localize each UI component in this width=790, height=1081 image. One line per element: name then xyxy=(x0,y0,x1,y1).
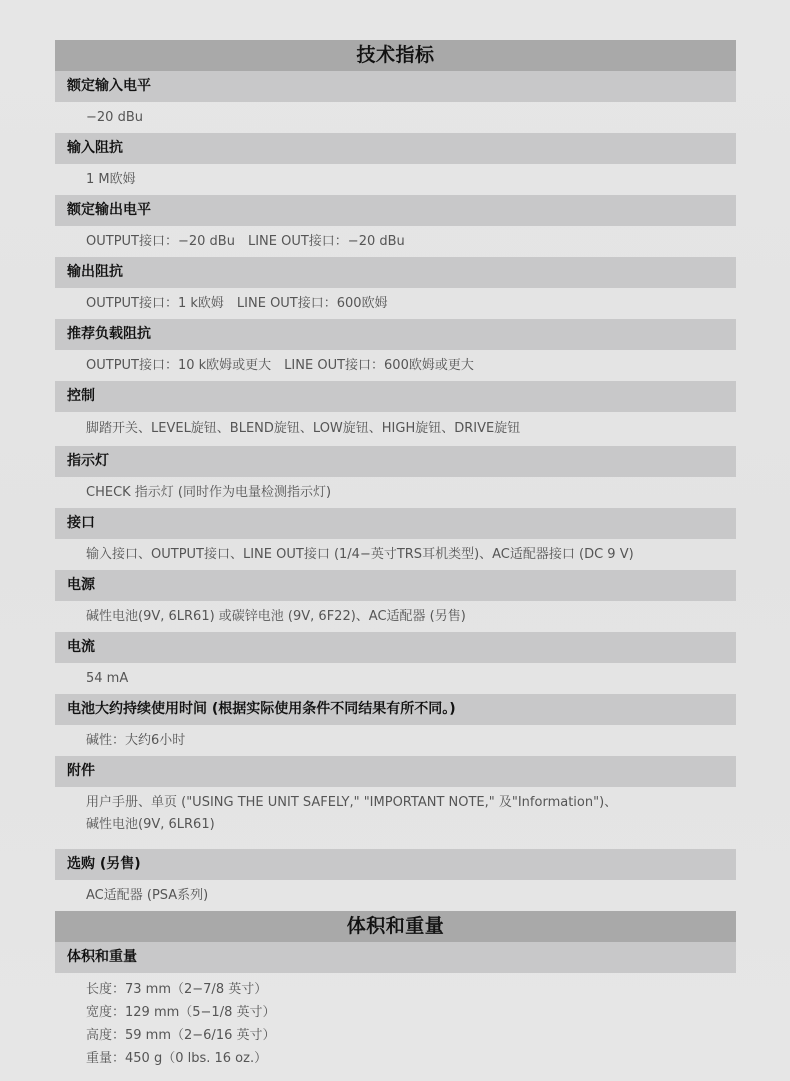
weight: 重量：450 g（0 lbs. 16 oz.） xyxy=(86,1047,736,1070)
spec-label-accessories: 附件 xyxy=(55,756,736,787)
spec-value-battery-life: 碱性：大约6小时 xyxy=(55,725,736,756)
spec-label-connectors: 接口 xyxy=(55,508,736,539)
spec-panel: 技术指标 额定输入电平 −20 dBu 输入阻抗 1 M欧姆 额定输出电平 OU… xyxy=(55,40,736,1070)
spec-value-input-impedance: 1 M欧姆 xyxy=(55,164,736,195)
spec-value-power-supply: 碱性电池(9V, 6LR61) 或碳锌电池 (9V, 6F22)、AC适配器 (… xyxy=(55,601,736,632)
accessories-line-2: 碱性电池(9V, 6LR61) xyxy=(86,814,736,836)
spec-label-output-impedance: 输出阻抗 xyxy=(55,257,736,288)
dimension-width: 宽度：129 mm（5−1/8 英寸） xyxy=(86,1001,736,1024)
spec-value-options: AC适配器 (PSA系列) xyxy=(55,880,736,911)
spec-value-recommended-load: OUTPUT接口：10 k欧姆或更大 LINE OUT接口：600欧姆或更大 xyxy=(55,350,736,381)
section-title-dimensions-weight: 体积和重量 xyxy=(55,911,736,942)
spec-label-controls: 控制 xyxy=(55,381,736,412)
spec-label-dimensions-weight: 体积和重量 xyxy=(55,942,736,973)
spec-value-current-draw: 54 mA xyxy=(55,663,736,694)
spec-label-current-draw: 电流 xyxy=(55,632,736,663)
spec-label-power-supply: 电源 xyxy=(55,570,736,601)
spec-label-rated-input-level: 额定输入电平 xyxy=(55,71,736,102)
spec-label-input-impedance: 输入阻抗 xyxy=(55,133,736,164)
dimension-length: 长度：73 mm（2−7/8 英寸） xyxy=(86,978,736,1001)
spec-label-battery-life: 电池大约持续使用时间 (根据实际使用条件不同结果有所不同。) xyxy=(55,694,736,725)
spec-label-indicator: 指示灯 xyxy=(55,446,736,477)
spec-label-options: 选购 (另售) xyxy=(55,849,736,880)
spec-value-rated-output-level: OUTPUT接口：−20 dBu LINE OUT接口：−20 dBu xyxy=(55,226,736,257)
spec-value-dimensions-weight: 长度：73 mm（2−7/8 英寸） 宽度：129 mm（5−1/8 英寸） 高… xyxy=(55,973,736,1070)
spec-value-accessories: 用户手册、单页 ("USING THE UNIT SAFELY," "IMPOR… xyxy=(55,787,736,849)
spec-value-rated-input-level: −20 dBu xyxy=(55,102,736,133)
section-title-specs: 技术指标 xyxy=(55,40,736,71)
spec-value-output-impedance: OUTPUT接口：1 k欧姆 LINE OUT接口：600欧姆 xyxy=(55,288,736,319)
spec-value-indicator: CHECK 指示灯 (同时作为电量检测指示灯) xyxy=(55,477,736,508)
spec-value-connectors: 输入接口、OUTPUT接口、LINE OUT接口 (1/4−英寸TRS耳机类型)… xyxy=(55,539,736,570)
dimension-height: 高度：59 mm（2−6/16 英寸） xyxy=(86,1024,736,1047)
accessories-line-1: 用户手册、单页 ("USING THE UNIT SAFELY," "IMPOR… xyxy=(86,792,736,814)
spec-label-recommended-load: 推荐负载阻抗 xyxy=(55,319,736,350)
spec-label-rated-output-level: 额定输出电平 xyxy=(55,195,736,226)
spec-value-controls: 脚踏开关、LEVEL旋钮、BLEND旋钮、LOW旋钮、HIGH旋钮、DRIVE旋… xyxy=(55,412,736,446)
